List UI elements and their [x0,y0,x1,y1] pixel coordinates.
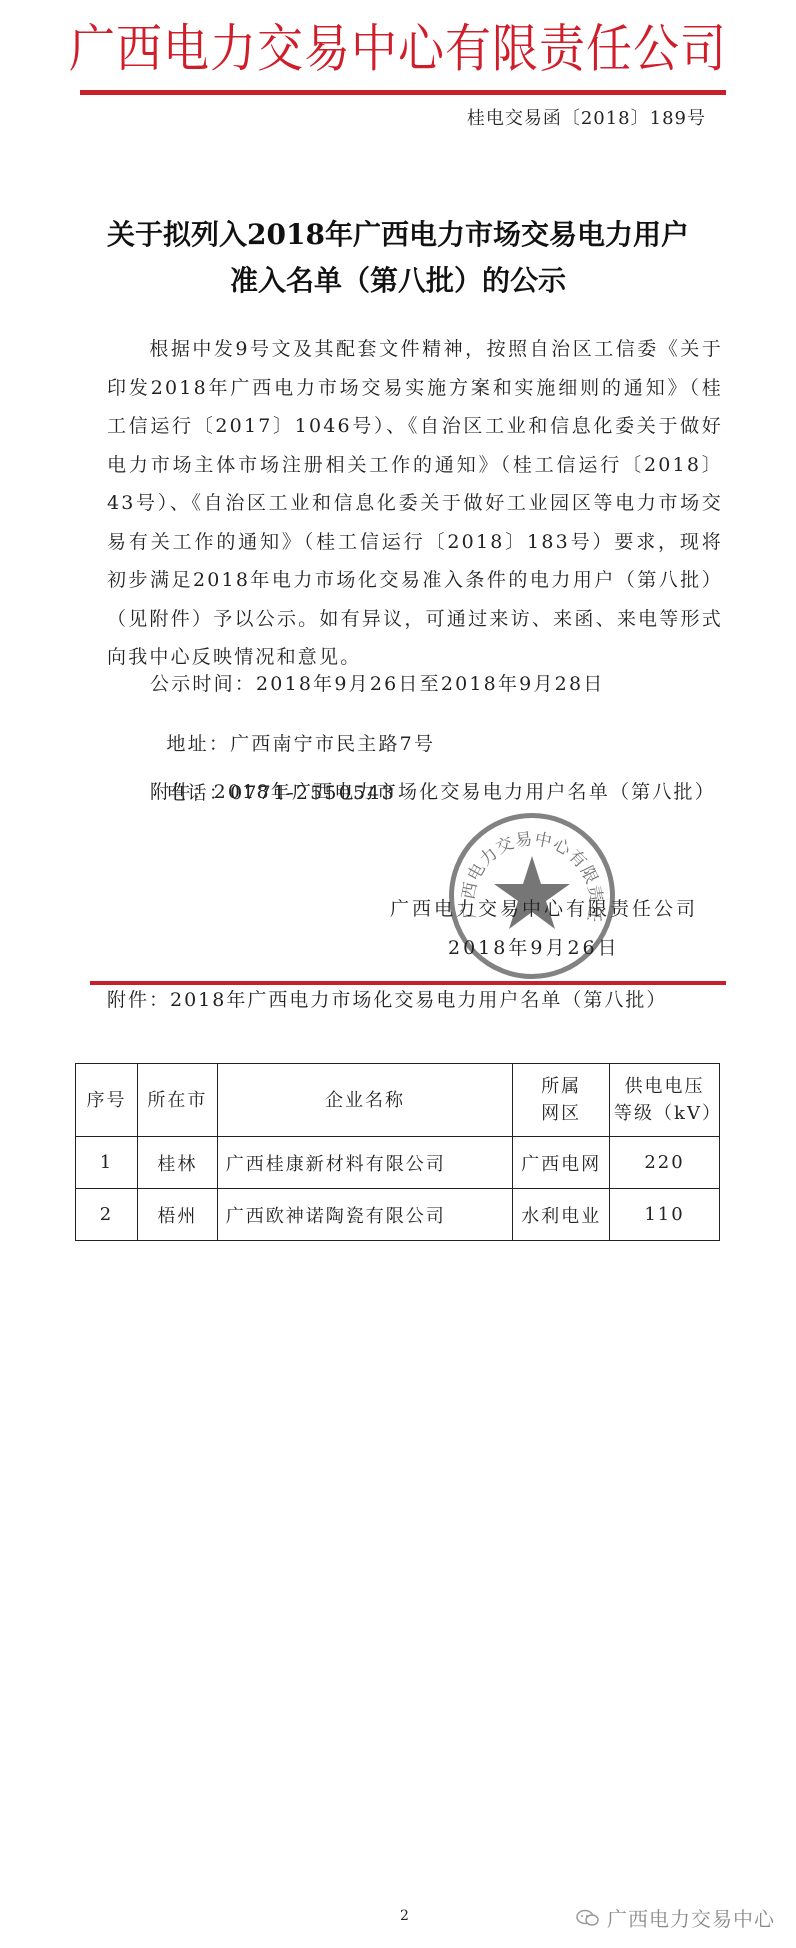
header-voltage: 供电电压 等级（kV） [610,1064,720,1137]
cell-company: 广西欧神诺陶瓷有限公司 [217,1189,512,1241]
notice-period: 公示时间：2018年9月26日至2018年9月28日 [150,669,604,696]
cell-no: 1 [76,1137,138,1189]
notice-title-line2: 准入名单（第八批）的公示 [0,258,796,304]
address-text: 地址：广西南宁市民主路7号 [166,733,435,755]
cell-voltage: 220 [610,1137,720,1189]
header-no: 序号 [76,1064,138,1137]
attachment-title: 附件：2018年广西电力市场化交易电力用户名单（第八批） [107,985,667,1012]
org-letterhead-title: 广西电力交易中心有限责任公司 [0,14,796,83]
notice-title: 关于拟列入2018年广西电力市场交易电力用户 准入名单（第八批）的公示 [0,212,796,304]
table-row: 1 桂林 广西桂康新材料有限公司 广西电网 220 [76,1137,720,1189]
cell-city: 桂林 [137,1137,217,1189]
cell-company: 广西桂康新材料有限公司 [217,1137,512,1189]
header-city: 所在市 [137,1064,217,1137]
signature-date: 2018年9月26日 [448,933,620,960]
cell-no: 2 [76,1189,138,1241]
table-header-row: 序号 所在市 企业名称 所属 网区 供电电压 等级（kV） [76,1064,720,1137]
header-grid: 所属 网区 [513,1064,610,1137]
cell-city: 梧州 [137,1189,217,1241]
cell-grid: 水利电业 [513,1189,610,1241]
notice-body-paragraph: 根据中发9号文及其配套文件精神，按照自治区工信委《关于印发2018年广西电力市场… [107,330,723,677]
page-number: 2 [400,1908,409,1924]
wechat-icon [575,1908,601,1928]
cell-voltage: 110 [610,1189,720,1241]
letterhead-red-rule [80,90,726,95]
notice-body-text: 根据中发9号文及其配套文件精神，按照自治区工信委《关于印发2018年广西电力市场… [107,338,723,668]
signature-organization: 广西电力交易中心有限责任公司 [390,894,698,921]
header-company: 企业名称 [217,1064,512,1137]
user-list-table: 序号 所在市 企业名称 所属 网区 供电电压 等级（kV） 1 桂林 广西桂康新… [75,1063,720,1241]
table-row: 2 梧州 广西欧神诺陶瓷有限公司 水利电业 110 [76,1189,720,1241]
attachment-reference: 附件：2018年广西电力市场化交易电力用户名单（第八批） [150,777,716,804]
wechat-watermark: 广西电力交易中心 [575,1903,775,1932]
notice-title-line1: 关于拟列入2018年广西电力市场交易电力用户 [0,212,796,258]
document-number: 桂电交易函〔2018〕189号 [467,104,706,130]
cell-grid: 广西电网 [513,1137,610,1189]
watermark-text: 广西电力交易中心 [607,1903,775,1932]
